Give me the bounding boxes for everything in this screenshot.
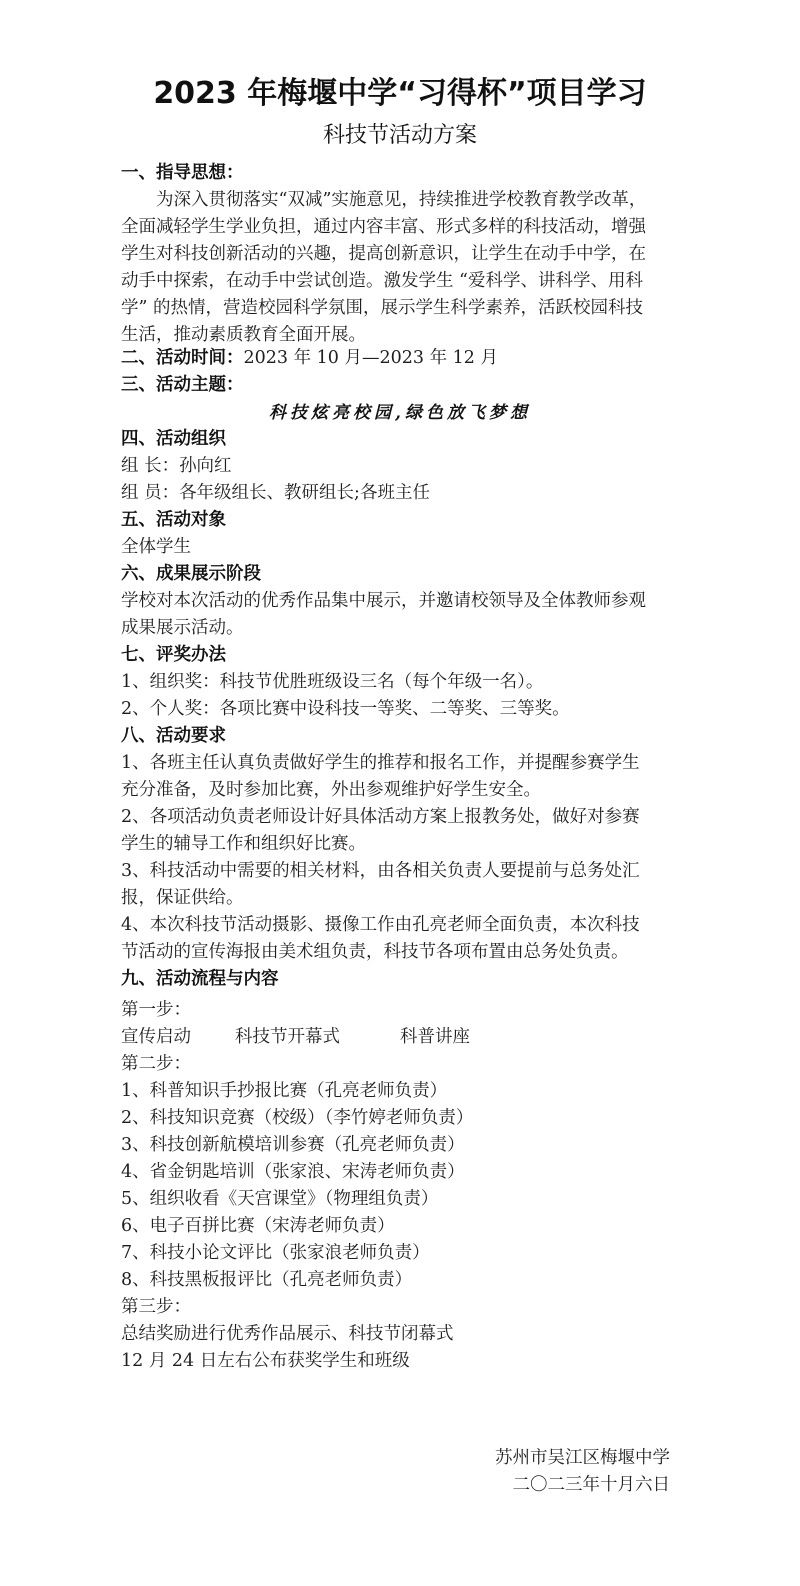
paragraph-line: 全面减轻学生学业负担，通过内容丰富、形式多样的科技活动，增强: [121, 214, 681, 240]
step3-line: 12 月 24 日左右公布获奖学生和班级: [121, 1348, 681, 1374]
section-heading-process: 九、活动流程与内容: [121, 966, 681, 992]
requirement-line: 4、本次科技节活动摄影、摄像工作由孔亮老师全面负责，本次科技: [121, 912, 681, 938]
paragraph-line: 学校对本次活动的优秀作品集中展示，并邀请校领导及全体教师参观: [121, 588, 681, 614]
step2-item: 5、组织收看《天宫课堂》（物理组负责）: [121, 1186, 681, 1212]
step3-label: 第三步：: [121, 1294, 681, 1320]
award-item: 1、组织奖：科技节优胜班级设三名（每个年级一名）。: [121, 669, 681, 695]
signature-date: 二〇二三年十月六日: [513, 1472, 671, 1498]
section-heading-activity-time: 二、活动时间：: [121, 348, 244, 368]
step1-activity: 科普讲座: [400, 1024, 470, 1050]
step1-activity: 宣传启动: [121, 1024, 191, 1050]
signature-organization: 苏州市吴江区梅堰中学: [495, 1445, 670, 1471]
section-heading-theme: 三、活动主题：: [121, 372, 681, 398]
award-item: 2、个人奖：各项比赛中设科技一等奖、二等奖、三等奖。: [121, 696, 681, 722]
section-heading-guiding-thought: 一、指导思想：: [121, 160, 681, 186]
paragraph-line: 成果展示活动。: [121, 615, 681, 641]
group-leader: 组 长：孙向红: [121, 453, 681, 479]
requirement-line: 1、各班主任认真负责做好学生的推荐和报名工作，并提醒参赛学生: [121, 750, 681, 776]
paragraph-line: 学” 的热情，营造校园科学氛围，展示学生科学素养，活跃校园科技: [121, 295, 681, 321]
document-page: 2023 年梅堰中学“习得杯”项目学习 科技节活动方案 一、指导思想： 为深入贯…: [0, 0, 800, 1586]
requirement-line: 2、各项活动负责老师设计好具体活动方案上报教务处，做好对参赛: [121, 804, 681, 830]
paragraph-line: 动手中探索，在动手中尝试创造。激发学生 “爱科学、讲科学、用科: [121, 268, 681, 294]
step1-label: 第一步：: [121, 997, 681, 1023]
section-activity-time: 二、活动时间：2023 年 10 月—2023 年 12 月: [121, 345, 681, 371]
section-heading-organization: 四、活动组织: [121, 426, 681, 452]
document-title: 2023 年梅堰中学“习得杯”项目学习: [0, 74, 800, 114]
step2-item: 1、科普知识手抄报比赛（孔亮老师负责）: [121, 1078, 681, 1104]
step2-item: 7、科技小论文评比（张家浪老师负责）: [121, 1240, 681, 1266]
requirement-line: 充分准备，及时参加比赛，外出参观维护好学生安全。: [121, 777, 681, 803]
section-heading-awards: 七、评奖办法: [121, 642, 681, 668]
paragraph-line: 为深入贯彻落实“双减”实施意见，持续推进学校教育教学改革，: [121, 187, 681, 213]
requirement-line: 报，保证供给。: [121, 885, 681, 911]
step3-line: 总结奖励进行优秀作品展示、科技节闭幕式: [121, 1321, 681, 1347]
section-heading-showcase: 六、成果展示阶段: [121, 561, 681, 587]
section-heading-requirements: 八、活动要求: [121, 723, 681, 749]
step2-item: 2、科技知识竞赛（校级）（李竹婷老师负责）: [121, 1105, 681, 1131]
activity-theme: 科技炫亮校园,绿色放飞梦想: [0, 400, 800, 426]
paragraph-line: 学生对科技创新活动的兴趣，提高创新意识，让学生在动手中学，在: [121, 241, 681, 267]
group-members: 组 员：各年级组长、教研组长;各班主任: [121, 480, 681, 506]
requirement-line: 节活动的宣传海报由美术组负责，科技节各项布置由总务处负责。: [121, 939, 681, 965]
document-subtitle: 科技节活动方案: [0, 120, 800, 152]
section-heading-participants: 五、活动对象: [121, 507, 681, 533]
requirement-line: 3、科技活动中需要的相关材料，由各相关负责人要提前与总务处汇: [121, 858, 681, 884]
requirement-line: 学生的辅导工作和组织好比赛。: [121, 831, 681, 857]
activity-time-value: 2023 年 10 月—2023 年 12 月: [244, 348, 499, 368]
participants-value: 全体学生: [121, 534, 681, 560]
step1-activity: 科技节开幕式: [235, 1024, 340, 1050]
step2-label: 第二步：: [121, 1051, 681, 1077]
step2-item: 4、省金钥匙培训（张家浪、宋涛老师负责）: [121, 1159, 681, 1185]
step2-item: 6、电子百拼比赛（宋涛老师负责）: [121, 1213, 681, 1239]
step2-item: 3、科技创新航模培训参赛（孔亮老师负责）: [121, 1132, 681, 1158]
step2-item: 8、科技黑板报评比（孔亮老师负责）: [121, 1267, 681, 1293]
